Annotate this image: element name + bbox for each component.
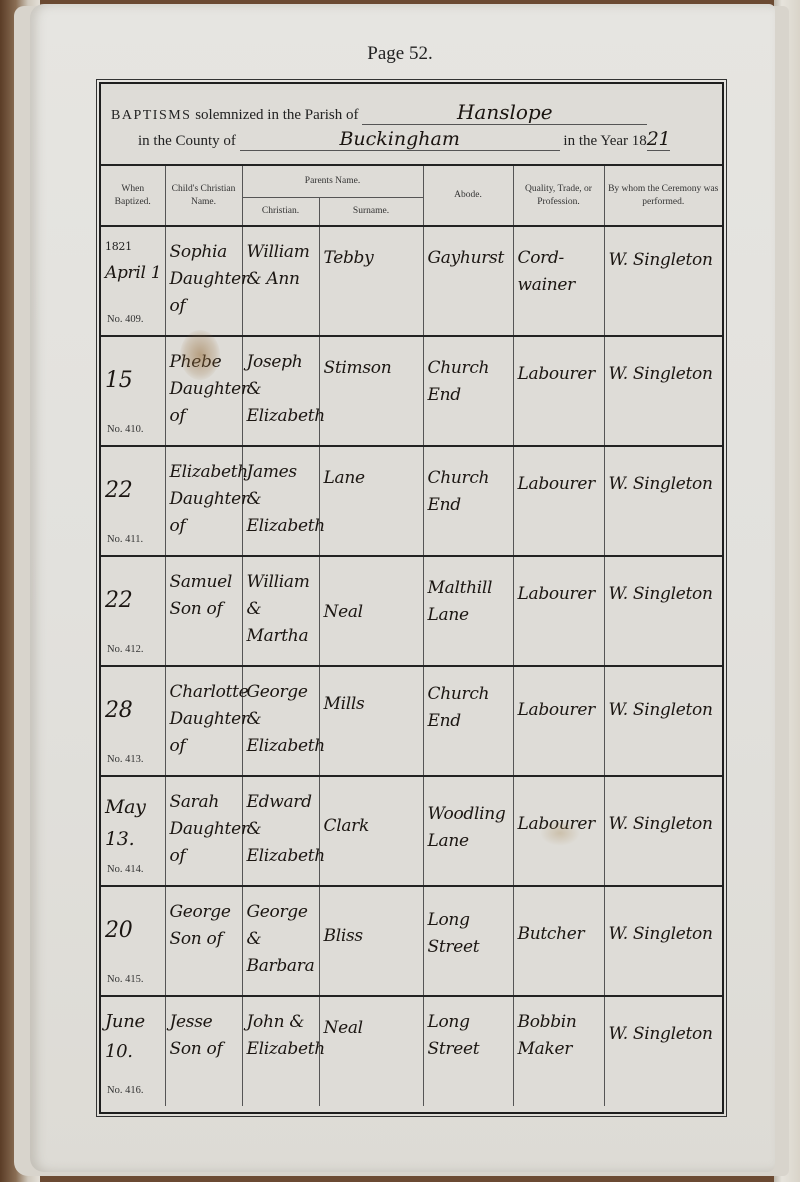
table-row: 22 No. 411. Elizabeth Daughter of James … bbox=[101, 446, 722, 556]
quality: Cord-wainer bbox=[518, 245, 602, 299]
parents-christian: George & Elizabeth bbox=[247, 679, 317, 760]
cell-parents-christian: William & Martha bbox=[242, 556, 319, 666]
year-label: in the Year 18 bbox=[563, 133, 646, 149]
baptism-table: When Baptized. Child's Christian Name. P… bbox=[101, 166, 722, 1106]
cell-child: Sophia Daughter of bbox=[165, 226, 242, 336]
abode: Church End bbox=[428, 465, 511, 519]
cell-child: Sarah Daughter of bbox=[165, 776, 242, 886]
parish-name: Hanslope bbox=[362, 100, 647, 125]
cell-by-whom: W. Singleton bbox=[604, 556, 722, 666]
cell-surname: Neal bbox=[319, 996, 423, 1106]
officiant: W. Singleton bbox=[609, 247, 721, 274]
cell-by-whom: W. Singleton bbox=[604, 446, 722, 556]
cell-surname: Neal bbox=[319, 556, 423, 666]
col-parents-christian: Christian. bbox=[242, 197, 319, 226]
cell-quality: Labourer bbox=[513, 666, 604, 776]
heading-line-parish: BAPTISMS solemnized in the Parish of Han… bbox=[111, 100, 647, 125]
cell-child: Jesse Son of bbox=[165, 996, 242, 1106]
baptism-register: BAPTISMS solemnized in the Parish of Han… bbox=[99, 82, 724, 1114]
cell-quality: Labourer bbox=[513, 446, 604, 556]
quality: Labourer bbox=[518, 697, 602, 724]
entry-number: No. 412. bbox=[107, 644, 143, 655]
cell-parents-christian: George & Elizabeth bbox=[242, 666, 319, 776]
child-name: Charlotte Daughter of bbox=[170, 679, 240, 760]
col-parents-name: Parents Name. bbox=[242, 166, 423, 197]
paper-stain bbox=[540, 820, 580, 846]
officiant: W. Singleton bbox=[609, 1021, 721, 1048]
col-child-name: Child's Christian Name. bbox=[165, 166, 242, 226]
when-baptized: June 10. bbox=[105, 1007, 163, 1067]
officiant: W. Singleton bbox=[609, 361, 721, 388]
cell-parents-christian: Edward & Elizabeth bbox=[242, 776, 319, 886]
cell-by-whom: W. Singleton bbox=[604, 886, 722, 996]
year-suffix: 21 bbox=[647, 128, 671, 151]
child-name: Elizabeth Daughter of bbox=[170, 459, 240, 540]
cell-when: 1821April 1 No. 409. bbox=[101, 226, 165, 336]
cell-quality: Cord-wainer bbox=[513, 226, 604, 336]
cell-abode: Long Street bbox=[423, 996, 513, 1106]
parents-christian: William & Ann bbox=[247, 239, 317, 293]
cell-by-whom: W. Singleton bbox=[604, 336, 722, 446]
cell-by-whom: W. Singleton bbox=[604, 776, 722, 886]
register-heading: BAPTISMS solemnized in the Parish of Han… bbox=[101, 84, 722, 166]
parents-christian: George & Barbara bbox=[247, 899, 317, 980]
cell-abode: Long Street bbox=[423, 886, 513, 996]
child-name: Sophia Daughter of bbox=[170, 239, 240, 320]
when-baptized: May 13. bbox=[105, 791, 163, 855]
cell-when: 28 No. 413. bbox=[101, 666, 165, 776]
quality: Butcher bbox=[518, 921, 602, 948]
heading-baptisms: BAPTISMS bbox=[111, 108, 191, 123]
abode: Church End bbox=[428, 355, 511, 409]
entry-number: No. 410. bbox=[107, 424, 143, 435]
entry-number: No. 411. bbox=[107, 534, 143, 545]
cell-parents-christian: William & Ann bbox=[242, 226, 319, 336]
officiant: W. Singleton bbox=[609, 811, 721, 838]
cell-by-whom: W. Singleton bbox=[604, 666, 722, 776]
cell-surname: Bliss bbox=[319, 886, 423, 996]
surname: Neal bbox=[324, 1015, 421, 1042]
abode: Woodling Lane bbox=[428, 801, 511, 855]
cell-abode: Woodling Lane bbox=[423, 776, 513, 886]
cell-child: George Son of bbox=[165, 886, 242, 996]
officiant: W. Singleton bbox=[609, 697, 721, 724]
when-baptized: 22 bbox=[105, 477, 163, 504]
parents-christian: William & Martha bbox=[247, 569, 317, 650]
officiant: W. Singleton bbox=[609, 921, 721, 948]
col-abode: Abode. bbox=[423, 166, 513, 226]
child-name: Samuel Son of bbox=[170, 569, 240, 623]
cell-child: Charlotte Daughter of bbox=[165, 666, 242, 776]
heading-line-county: in the County of Buckingham in the Year … bbox=[138, 128, 670, 151]
entry-number: No. 415. bbox=[107, 974, 143, 985]
child-name: Jesse Son of bbox=[170, 1009, 240, 1063]
abode: Gayhurst bbox=[428, 245, 511, 272]
parents-christian: Edward & Elizabeth bbox=[247, 789, 317, 870]
cell-quality: Labourer bbox=[513, 556, 604, 666]
entry-number: No. 409. bbox=[107, 314, 143, 325]
cell-child: Samuel Son of bbox=[165, 556, 242, 666]
cell-abode: Malthill Lane bbox=[423, 556, 513, 666]
cell-by-whom: W. Singleton bbox=[604, 996, 722, 1106]
cell-surname: Mills bbox=[319, 666, 423, 776]
parents-christian: John & Elizabeth bbox=[247, 1009, 317, 1063]
table-row: 20 No. 415. George Son of George & Barba… bbox=[101, 886, 722, 996]
surname: Clark bbox=[324, 813, 421, 840]
surname: Tebby bbox=[324, 245, 421, 272]
cell-by-whom: W. Singleton bbox=[604, 226, 722, 336]
surname: Bliss bbox=[324, 923, 421, 950]
table-row: 1821April 1 No. 409. Sophia Daughter of … bbox=[101, 226, 722, 336]
table-row: 28 No. 413. Charlotte Daughter of George… bbox=[101, 666, 722, 776]
table-row: June 10. No. 416. Jesse Son of John & El… bbox=[101, 996, 722, 1106]
col-quality-trade: Quality, Trade, or Profession. bbox=[513, 166, 604, 226]
county-name: Buckingham bbox=[240, 128, 560, 151]
cell-quality: Butcher bbox=[513, 886, 604, 996]
child-name: Sarah Daughter of bbox=[170, 789, 240, 870]
cell-child: Elizabeth Daughter of bbox=[165, 446, 242, 556]
year-note: 1821 bbox=[105, 233, 163, 260]
abode: Malthill Lane bbox=[428, 575, 511, 629]
surname: Neal bbox=[324, 599, 421, 626]
entry-number: No. 414. bbox=[107, 864, 143, 875]
quality: Bobbin Maker bbox=[518, 1009, 602, 1063]
col-when-baptized: When Baptized. bbox=[101, 166, 165, 226]
cell-surname: Tebby bbox=[319, 226, 423, 336]
quality: Labourer bbox=[518, 361, 602, 388]
entry-number: No. 416. bbox=[107, 1085, 143, 1096]
heading-solemnized: solemnized in the Parish of bbox=[195, 107, 358, 123]
cell-when: June 10. No. 416. bbox=[101, 996, 165, 1106]
entry-number: No. 413. bbox=[107, 754, 143, 765]
cell-quality: Labourer bbox=[513, 336, 604, 446]
column-header-row: When Baptized. Child's Christian Name. P… bbox=[101, 166, 722, 197]
cell-abode: Gayhurst bbox=[423, 226, 513, 336]
cell-parents-christian: George & Barbara bbox=[242, 886, 319, 996]
when-baptized: 20 bbox=[105, 917, 163, 944]
cell-parents-christian: James & Elizabeth bbox=[242, 446, 319, 556]
cell-when: 15 No. 410. bbox=[101, 336, 165, 446]
col-parents-surname: Surname. bbox=[319, 197, 423, 226]
quality: Labourer bbox=[518, 581, 602, 608]
quality: Labourer bbox=[518, 471, 602, 498]
cell-abode: Church End bbox=[423, 666, 513, 776]
abode: Long Street bbox=[428, 1009, 511, 1063]
cell-surname: Lane bbox=[319, 446, 423, 556]
officiant: W. Singleton bbox=[609, 581, 721, 608]
cell-surname: Clark bbox=[319, 776, 423, 886]
officiant: W. Singleton bbox=[609, 471, 721, 498]
paper-stain bbox=[180, 330, 220, 380]
abode: Church End bbox=[428, 681, 511, 735]
when-baptized: April 1 bbox=[105, 260, 163, 287]
cell-when: 22 No. 411. bbox=[101, 446, 165, 556]
col-by-whom: By whom the Ceremony was performed. bbox=[604, 166, 722, 226]
page-number: Page 52. bbox=[0, 43, 800, 65]
parents-christian: Joseph & Elizabeth bbox=[247, 349, 317, 430]
cell-parents-christian: John & Elizabeth bbox=[242, 996, 319, 1106]
table-row: May 13. No. 414. Sarah Daughter of Edwar… bbox=[101, 776, 722, 886]
cell-surname: Stimson bbox=[319, 336, 423, 446]
cell-abode: Church End bbox=[423, 336, 513, 446]
cell-when: May 13. No. 414. bbox=[101, 776, 165, 886]
surname: Lane bbox=[324, 465, 421, 492]
parents-christian: James & Elizabeth bbox=[247, 459, 317, 540]
when-baptized: 28 bbox=[105, 697, 163, 724]
cell-quality: Bobbin Maker bbox=[513, 996, 604, 1106]
when-baptized: 22 bbox=[105, 587, 163, 614]
surname: Mills bbox=[324, 691, 421, 718]
child-name: George Son of bbox=[170, 899, 240, 953]
when-baptized: 15 bbox=[105, 367, 163, 394]
cell-abode: Church End bbox=[423, 446, 513, 556]
cell-parents-christian: Joseph & Elizabeth bbox=[242, 336, 319, 446]
table-row: 22 No. 412. Samuel Son of William & Mart… bbox=[101, 556, 722, 666]
surname: Stimson bbox=[324, 355, 421, 382]
abode: Long Street bbox=[428, 907, 511, 961]
cell-when: 20 No. 415. bbox=[101, 886, 165, 996]
county-label: in the County of bbox=[138, 133, 236, 149]
cell-when: 22 No. 412. bbox=[101, 556, 165, 666]
